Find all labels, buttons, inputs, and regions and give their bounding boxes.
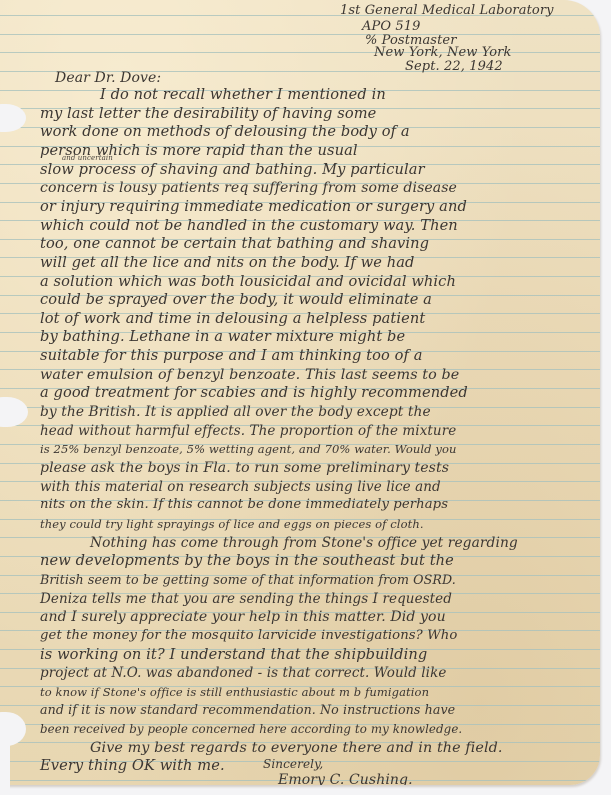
letter-line: person which is more rapid than the usua… — [40, 143, 600, 159]
letter-line: water emulsion of benzyl benzoate. This … — [40, 367, 600, 383]
letterhead-organization: 1st General Medical Laboratory — [340, 4, 554, 17]
letter-line: and I surely appreciate your help in thi… — [40, 609, 600, 625]
letter-line: Deniza tells me that you are sending the… — [40, 591, 600, 607]
closing: Sincerely, — [263, 757, 323, 771]
letterhead-apo: APO 519 — [362, 20, 420, 33]
letter-line: British seem to be getting some of that … — [40, 572, 600, 588]
letter-line: nits on the skin. If this cannot be done… — [40, 497, 600, 513]
letter-line: been received by people concerned here a… — [40, 721, 600, 737]
signature: Emory C. Cushing. — [278, 772, 413, 785]
letter-line: to know if Stone's office is still enthu… — [40, 684, 600, 700]
torn-edge — [0, 726, 10, 795]
letter-line: suitable for this purpose and I am think… — [40, 348, 600, 364]
letter-line: is 25% benzyl benzoate, 5% wetting agent… — [40, 441, 600, 457]
letter-line: please ask the boys in Fla. to run some … — [40, 460, 600, 476]
letter-line: a solution which was both lousicidal and… — [40, 274, 600, 290]
letterhead-city: New York, New York — [374, 46, 511, 59]
letter-line: they could try light sprayings of lice a… — [40, 516, 600, 532]
letter-line: will get all the lice and nits on the bo… — [40, 255, 600, 271]
rule-line — [0, 34, 600, 35]
letter-line: by bathing. Lethane in a water mixture m… — [40, 329, 600, 345]
salutation: Dear Dr. Dove: — [55, 70, 161, 86]
letter-line: by the British. It is applied all over t… — [40, 404, 600, 420]
letter-line: which could not be handled in the custom… — [40, 218, 600, 234]
letter-line: get the money for the mosquito larvicide… — [40, 628, 600, 644]
letter-line: work done on methods of delousing the bo… — [40, 124, 600, 140]
letter-line: I do not recall whether I mentioned in — [100, 87, 600, 103]
letter-date: Sept. 22, 1942 — [405, 60, 503, 73]
letter-line: lot of work and time in delousing a help… — [40, 311, 600, 327]
letter-page: 1st General Medical Laboratory APO 519 %… — [0, 0, 600, 785]
letter-line: too, one cannot be certain that bathing … — [40, 236, 600, 252]
letter-line: or injury requiring immediate medication… — [40, 199, 600, 215]
letter-line: new developments by the boys in the sout… — [40, 553, 600, 569]
letter-line: concern is lousy patients req suffering … — [40, 180, 600, 196]
letter-line: project at N.O. was abandoned - is that … — [40, 665, 600, 681]
letter-line: Give my best regards to everyone there a… — [90, 740, 600, 756]
letter-line: my last letter the desirability of havin… — [40, 106, 600, 122]
letter-line: slow process of shaving and bathing. My … — [40, 162, 600, 178]
letter-line: Nothing has come through from Stone's of… — [90, 535, 600, 551]
letter-line: with this material on research subjects … — [40, 479, 600, 495]
letter-line: head without harmful effects. The propor… — [40, 423, 600, 439]
letter-line: a good treatment for scabies and is high… — [40, 385, 600, 401]
letter-line: could be sprayed over the body, it would… — [40, 292, 600, 308]
letter-line: is working on it? I understand that the … — [40, 647, 600, 663]
letter-line: and if it is now standard recommendation… — [40, 702, 600, 718]
